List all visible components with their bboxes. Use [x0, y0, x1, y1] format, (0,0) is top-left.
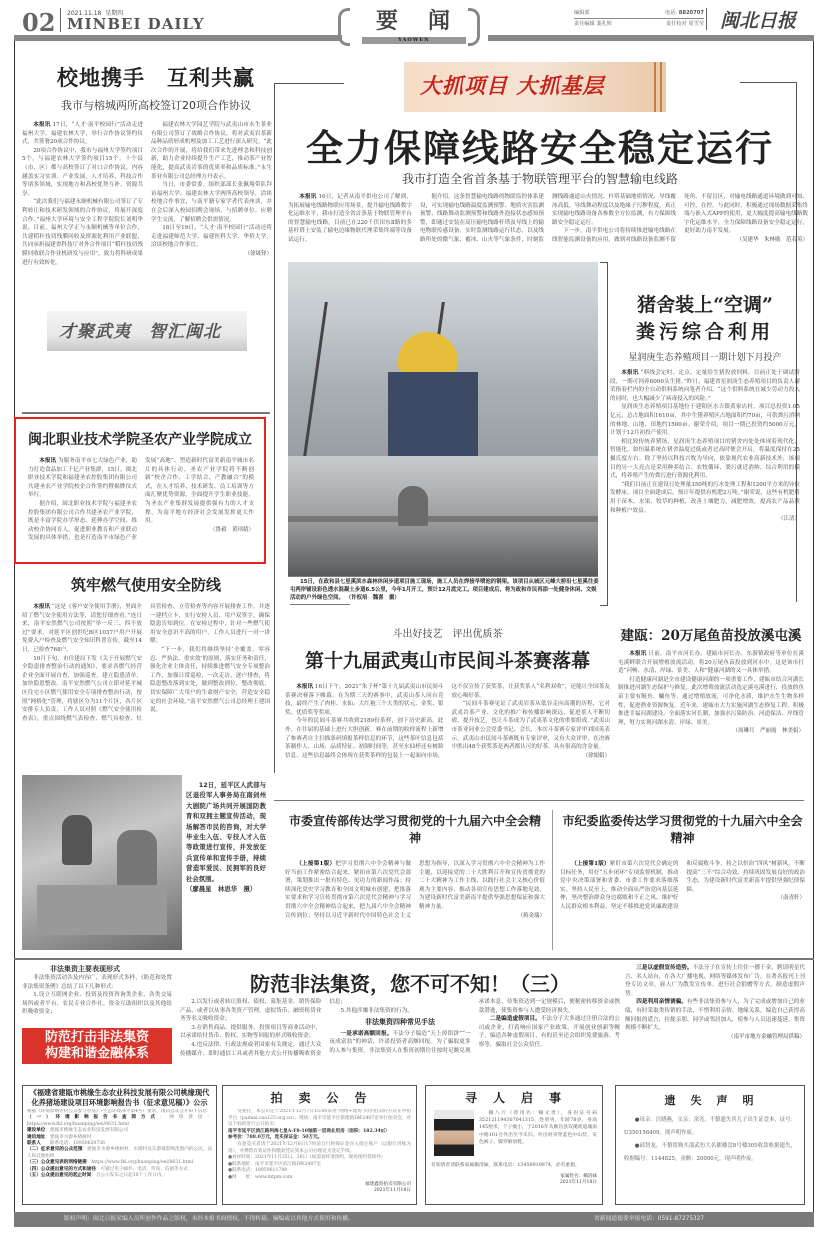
paragraph: 把学习贯彻六中全会精神与做好当前工作紧密结合起来，紧扣市第六次党代会部署，策划推…: [285, 861, 545, 919]
article-body: 本报讯 16日下午，2021“朱子杯”第十九届武夷山市民间斗茶赛决赛落下帷幕。在…: [285, 683, 610, 793]
lost-item: 母亲：汪晓燕，父亲：余亮，不慎遗失其儿子出生证壹本，证号：U350156409，…: [624, 1117, 796, 1136]
detail-label: 看样时间: [232, 1155, 250, 1160]
fundraising-sidebar-body: 非法集资活动涉及内容广，表现形式多样，《防范和处置非法集资条例》总结了以下几种形…: [22, 974, 172, 1022]
ad-date: 2021年11月18日: [228, 1188, 411, 1195]
article-body: （上接第1版）把学习贯彻六中全会精神与做好当前工作紧密结合起来，紧扣市第六次党代…: [285, 860, 545, 972]
divider: [14, 958, 814, 960]
ad-body: 受委托，本公司定于2021年12月7日15:00采用“网络+现场”同步拍卖的方式…: [228, 1109, 411, 1195]
paragraph: 3.在销售商品、提供服务、投资项目等商业活动中，以承诺给付货币、股权、实物等回报…: [180, 1024, 321, 1041]
paragraph: 星润庚生态养殖项目基地位于建阳区水吉镇黄家店村，项目总投资1.05亿元，总占地面…: [610, 403, 800, 437]
byline: （吴建华 朱林勋 范若英）: [684, 236, 808, 245]
caption-text: 15日，在政和县七星溪滨水森林休闲步道项目施工现场，施工人员在焊接旱喷池的钢架。…: [290, 579, 599, 601]
method-label: 一是承诺高额回报。: [341, 1031, 393, 1037]
photo-veterans-caption: 12日，延平区人武部与区退役军人事务局在南剑州大剧院广场共同开展国防教育和双拥主…: [186, 780, 266, 894]
main-subtitle: 我市打造全省首条基于物联管理平台的智慧输电线路: [290, 170, 790, 187]
lead-text: 本报讯: [621, 370, 638, 376]
detail-value: 18959611788: [255, 1168, 287, 1173]
banner-rule-right: [740, 82, 796, 83]
main-article-body: 本报讯 16日，记者从南平供电公司了解到，为拓展输电线路物联应用场景，提升输电线…: [288, 193, 808, 251]
ad-item-label: 建设单位: [27, 1128, 45, 1133]
article-title: 校地携手 互利共赢: [40, 62, 272, 92]
masthead: 02 2021.11.18 星期四 MINBEI DAILY 要 闻 YAOWE…: [0, 0, 827, 48]
photo-veterans: [22, 775, 182, 950]
banner-rule-left: [274, 83, 344, 84]
paragraph: “这是《客户安全使用手册》，里面介绍了燃气安全使用方法等，请您仔细查看。”连日来…: [22, 604, 142, 653]
photo-credit: （许权培 魏喜 摄）: [346, 595, 400, 601]
graphic-text: 才聚武夷 智汇闽北: [59, 317, 221, 342]
slogan-line: 构建和谐金融体系: [22, 1046, 172, 1062]
editor-name: 责任编辑 裴礼辉: [574, 19, 612, 29]
talent-graphic: 才聚武夷 智汇闽北: [47, 311, 247, 351]
detail-label: 联系地址: [232, 1162, 250, 1167]
ad-item-label: 通讯地址: [27, 1135, 45, 1140]
paper-name-en: MINBEI DAILY: [67, 15, 205, 33]
article-body: 本报讯 日前，南平市河长办、建瓯市河长办、东游镇政府等单位在溪屯溪畔联合开展增殖…: [618, 650, 804, 790]
detail-value: www.mtpm.com: [255, 1175, 292, 1180]
ad-body: ●母亲：汪晓燕，父亲：余亮，不慎遗失其儿子出生证壹本，证号：U350156409…: [624, 1114, 796, 1166]
section-bracket-right: [468, 8, 480, 46]
paragraph: 16日，记者从南平供电公司了解到，为拓展输电线路物联应用场景，提升输电线路数字化…: [288, 194, 412, 243]
ad-paragraph: 有意竞买者请于2021年12月6日17时前自行将保证金存入指定账户（以银行到账为…: [228, 1142, 411, 1155]
detail-label: 网 址: [232, 1175, 250, 1180]
fundraising-title: 防范非法集资，您不可不知！（三）: [240, 968, 580, 997]
page-frame-left: [14, 41, 15, 1213]
fundraising-sidebar-title: 非法集资主要表现形式: [50, 964, 120, 974]
page-frame-right: [813, 41, 814, 1213]
article-body: 本报讯 “这是《客户安全使用手册》，里面介绍了燃气安全使用方法等，请您仔细查看。…: [22, 603, 270, 793]
paragraph: 福建农林大学园艺学院与武夷山市永生茶业有限公司签订了战略合作协议，将对武夷岩茶新…: [151, 121, 272, 181]
article-title: 建瓯：20万尾鱼苗投放溪屯溪: [618, 624, 804, 644]
slogan-line: 防范打击非法集资: [22, 1030, 172, 1046]
paragraph: 18日至19日，“人才·南平校园行”活动还将走进福建师范大学、福建医科大学、华侨…: [151, 224, 272, 250]
article-body: 本报讯 为服务南平市七大绿色产业，助力打造食品加工千亿产业集群，15日，闽北职业…: [16, 449, 264, 559]
section-title-en: YAOWEN: [362, 37, 466, 44]
photo-bridge-box-right: [600, 262, 608, 606]
article-body: （上接第1版）紧盯市第六次党代会确定的目标任务，用好“五步闭环”专项监督机制，推…: [560, 860, 805, 972]
ad-contact: 有知情者请联系家属赖清妹，联系电话：13459910874，必有重谢。: [431, 1162, 597, 1169]
ad-reference: 参考价：788.0万元，竞买保证金：50万元。: [228, 1135, 411, 1142]
byline: （南青轩）: [687, 894, 806, 903]
section-title: 要 闻: [376, 4, 454, 35]
byline: （蒋金瑞）: [419, 912, 545, 921]
article-gas: 筑牢燃气使用安全防线 本报讯 “这是《客户安全使用手册》，里面介绍了燃气安全使用…: [22, 568, 270, 768]
editorial-divider: [706, 8, 707, 30]
ad-title: 遗 失 声 明: [624, 1092, 796, 1108]
byline: （徐晟铎）: [151, 250, 272, 259]
paper-logo: 闽北日报: [720, 6, 796, 33]
phone-number: 8820707: [679, 10, 704, 16]
detail-label: 联系电话: [232, 1168, 250, 1173]
paragraph: “我们目前正在建设日处理量350吨的污水处理工程和1200平方米的异位发酵床。项…: [610, 481, 800, 515]
article-discipline: 市纪委监委传达学习贯彻党的十九届六中全会精神 （上接第1版）紧盯市第六次党代会确…: [560, 812, 805, 952]
hotline-notice: 省新闻道德委举报电话：0591-87275327: [594, 1212, 704, 1227]
missing-person-photo: [434, 1110, 474, 1156]
paragraph: 5.其他涉嫌非法集资的行为。: [329, 1007, 470, 1016]
ad-title: 寻 人 启 事: [431, 1089, 597, 1106]
photo-bridge-caption: 15日，在政和县七星溪滨水森林休闲步道项目施工现场，施工人员在焊接旱喷池的钢架。…: [290, 578, 600, 603]
paragraph: “民间斗茶赛见证了武夷岩茶从低谷走向高潮的历程，它对武夷岩茶产业、文化的推广和传…: [452, 700, 611, 752]
proofreader-name: 责任校对 周雪莹: [666, 19, 704, 29]
column-divider: [552, 810, 553, 950]
ad-item-label: （二）征求意见的公众范围: [27, 1147, 83, 1152]
masthead-bar-left: [14, 35, 342, 41]
article-pig: 猪舍装上“空调” 粪污综合利用 星润庚生态养殖项目一期计划下月投产 本报讯 “料…: [610, 290, 800, 600]
banner-rule-left-v: [274, 83, 275, 773]
photo-credit: （廖晨星 林思华 摄）: [186, 885, 256, 893]
article-title-line1: 猪舍装上“空调”: [610, 290, 800, 317]
article-title: 筑牢燃气使用安全防线: [22, 574, 270, 595]
ad-item-value: 联系电话：18950620736: [41, 1141, 105, 1146]
ad-auction: 拍 卖 公 告 受委托，本公司定于2021年12月7日15:00采用“网络+现场…: [222, 1085, 417, 1205]
article-tea: 斗出好技艺 评出优质茶 第十九届武夷山市民间斗茶赛落幕 本报讯 16日下午，20…: [285, 625, 610, 795]
article-subtitle: 我市与榕城两所高校签订20项合作协议: [40, 97, 272, 113]
ad-item-value: 自公示发布之日起10个工作日内。: [96, 1173, 166, 1178]
editorial-info: 编辑部 电话: 8820707 责任编辑 裴礼辉 责任校对 周雪莹: [574, 8, 704, 29]
detail-value: 南平市延平区滨江路D栋2407室: [255, 1162, 321, 1167]
ad-paragraph: 赖八斤（曾用名：赖文贵），身份证号码352121194307041315，性别男…: [479, 1110, 597, 1146]
ad-item-label: （五）公众提出意见的起止时间: [27, 1173, 91, 1178]
article-title: 第十九届武夷山市民间斗茶赛落幕: [285, 646, 610, 673]
ad-item-label: （三）公众意见表的网络链接: [27, 1160, 87, 1165]
divider: [274, 800, 804, 801]
ad-title: 《福建省建瓯市桃缘生态农业科技发展有限公司桃缘现代化养猪场建设项目环境影响报告书…: [27, 1088, 212, 1108]
lead-text: 本报讯: [33, 122, 50, 128]
fundraising-body: 2.以发行或者转让股权、债权，募集基金，销售保险产品，或者以从事各类资产管理、虚…: [180, 998, 620, 1066]
fundraising-slogan: 防范打击非法集资 构建和谐金融体系: [22, 1028, 172, 1064]
ad-item-value: 建瓯市桃缘生态农业科技发展有限公司: [50, 1128, 128, 1133]
copyright-notice: 版权声明：闽北日报采编人员所创作作品之版权，未经本报书面授权，不得转载、摘编或以…: [64, 1212, 354, 1227]
byline: （江清）: [610, 515, 800, 524]
section-heading: 非法集资四种常见手法: [329, 1018, 470, 1027]
ad-item-value: https://www.fkl.org/huanping/eei/8631.ht…: [91, 1160, 193, 1165]
article-title: 闽北职业技术学院圣农产业学院成立: [16, 429, 264, 449]
paragraph: “下一步，我们将继续坚持‘全覆盖、零容忍、严执法、重实效’的原则，落实任务和责任…: [150, 646, 270, 715]
byline: （南平市地方金融管理局供稿）: [625, 1033, 805, 1042]
lost-item: 邱智龙，不慎将购买邵武恒大名都楼盘8号楼305收款收据遗失，收据编号：11448…: [624, 1143, 796, 1162]
method-label: 二是编造虚假项目。: [490, 1016, 541, 1022]
byline: （徐娟娟）: [452, 752, 611, 761]
divider: [290, 604, 350, 605]
ad-date: 2021年11月18日: [431, 1179, 597, 1185]
detail-value: 2021年11月25日、26日（如需看样请预约，现场预约者除外）: [255, 1155, 385, 1160]
article-title-line2: 粪污综合利用: [610, 317, 800, 344]
main-headline: 全力保障线路安全稳定运行: [290, 118, 790, 172]
article-propaganda: 市委宣传部传达学习贯彻党的十九届六中全会精神 （上接第1版）把学习贯彻六中全会精…: [285, 812, 545, 952]
lead-text: （上接第1版）: [571, 861, 610, 867]
section-bracket-left: [338, 8, 350, 46]
masthead-divider: [60, 8, 61, 32]
ad-item-label: （四）公众提出意见的方式和途径: [27, 1167, 96, 1172]
ad-paragraph: 受委托，本公司定于2021年12月7日15:00采用“网络+现场”同步拍卖的方式…: [228, 1109, 411, 1129]
article-college-highlight: 闽北职业技术学院圣农产业学院成立 本报讯 为服务南平市七大绿色产业，助力打造食品…: [14, 417, 266, 564]
paragraph: 当日，市委常委、组织部部长张佩翔带队拜访福州大学、福建农林大学两所高校领导，洽谈…: [151, 181, 272, 224]
ad-title: 拍 卖 公 告: [228, 1089, 411, 1106]
ad-missing-person: 寻 人 启 事 赖八斤（曾用名：赖文贵），身份证号码35212119430704…: [425, 1085, 603, 1205]
lead-text: （上接第1版）: [296, 861, 335, 867]
paragraph: 相比较传统养猪场，星润庚生态养殖项目的猪舍内处处体现着现代化、智能化，如恒温系统…: [610, 438, 800, 481]
photo-bridge-image: [288, 456, 598, 576]
paragraph: 1.设立互联网企业、投资及投资咨询类企业、各类交易场所或者平台、农民专业合作社、…: [22, 991, 172, 1017]
lead-text: 本报讯: [33, 604, 50, 610]
fundraising-body-right: 三是以虚假宣传造势。不法分子在宣传上往往一掷千金，聘请明星代言、名人站台，在各大…: [625, 964, 805, 1062]
method-label: 三是以虚假宣传造势。: [636, 965, 692, 971]
paragraph: “此次我们与福建永顺机械有限公司签订了专利转让和技术研发领域的合作协议，将展开深…: [22, 198, 143, 267]
byline: （鲁毅 黄玮婧）: [145, 526, 254, 535]
banner-text: 大抓项目 大抓基层: [420, 70, 604, 100]
ad-item-label: （一）环境影响报告书查阅方式: [27, 1115, 160, 1120]
article-body: 本报讯 “料线会定时、定点、定量给生猪投放饲料，目前正处于调试阶段，一期可饲养6…: [610, 369, 800, 614]
footer-bar: 版权声明：闽北日报采编人员所创作作品之版权，未经本报书面授权，不得转载、摘编或以…: [14, 1212, 814, 1227]
ad-lost-notice: 遗 失 声 明 ●母亲：汪晓燕，父亲：余亮，不慎遗失其儿子出生证壹本，证号：U3…: [615, 1085, 805, 1205]
lead-text: 本报讯: [296, 684, 313, 690]
article-body: 本报讯 17日，“人才·南平校园行”活动走进福州大学、福建农林大学，举行合作协议…: [22, 121, 272, 301]
ad-environment: 《福建省建瓯市桃缘生态农业科技发展有限公司桃缘现代化养猪场建设项目环境影响报告书…: [22, 1085, 217, 1205]
method-label: 四是利用亲情诱骗。: [636, 999, 687, 1005]
phone-label: 电话: [665, 10, 675, 16]
article-subtitle: 星润庚生态养殖项目一期计划下月投产: [610, 350, 800, 363]
paragraph: “料线会定时、定点、定量给生猪投放饲料，目前正处于调试阶段，一期可饲养6000头…: [610, 370, 800, 402]
article-fish: 建瓯：20万尾鱼苗投放溪屯溪 本报讯 日前，南平市河长办、建瓯市河长办、东游镇政…: [618, 624, 804, 789]
lead-text: 本报讯: [299, 194, 316, 200]
ad-item-label: 联系人: [27, 1141, 41, 1146]
ad-body: 赖八斤（曾用名：赖文贵），身份证号码352121194307041315，性别男…: [479, 1110, 597, 1160]
paragraph: 非法集资活动涉及内容广，表现形式多样，《防范和处置非法集资条例》总结了以下几种形…: [22, 974, 172, 991]
article-title: 市委宣传部传达学习贯彻党的十九届六中全会精神: [285, 812, 545, 846]
paragraph: 20项合作协议中，我市与福州大学签约项目5个，与福建农林大学签约项目15个。十个…: [22, 147, 143, 199]
paragraph: 打造健康河湖是全市建设健康河湖的一项重要工作，建瓯市结合河湖长制推进河湖生态保护…: [618, 676, 804, 728]
caption-text: 12日，延平区人武部与区退役军人事务局在南剑州大剧院广场共同开展国防教育和双拥主…: [186, 780, 266, 884]
page-number: 02: [22, 8, 55, 37]
ad-body: 根据《环境影响评价公众参与办法》（生态环境部令第4号）要求，现向公众公开如下信息…: [27, 1109, 212, 1179]
banner-projects: 大抓项目 大抓基层: [404, 62, 666, 112]
paragraph: 为服务南平市七大绿色产业，助力打造食品加工千亿产业集群，15日，闽北职业技术学院…: [28, 458, 137, 498]
byline: （周琳月 严丽霞 林美娟）: [618, 727, 804, 736]
article-title: 市纪委监委传达学习贯彻党的十九届六中全会精神: [560, 812, 805, 846]
divider: [22, 412, 270, 414]
article-kicker: 斗出好技艺 评出优质茶: [285, 625, 610, 640]
ad-item-value: 建瓯市水源乡椿树村: [50, 1135, 91, 1140]
ad-item-value: 可通过电子邮件、电话、传真、信函等方式: [101, 1167, 188, 1172]
dept-label: 编辑部: [574, 8, 590, 18]
lead-text: 本报讯: [39, 458, 56, 464]
masthead-bar-right: [488, 35, 814, 41]
paragraph: 2.以发行或者转让股权、债权，募集基金，销售保险产品，或者以从事各类资产管理、虚…: [180, 998, 321, 1024]
article-schools: 校地携手 互利共赢 我市与榕城两所高校签订20项合作协议 本报讯 17日，“人才…: [22, 62, 272, 402]
lead-text: 本报讯: [629, 651, 646, 657]
